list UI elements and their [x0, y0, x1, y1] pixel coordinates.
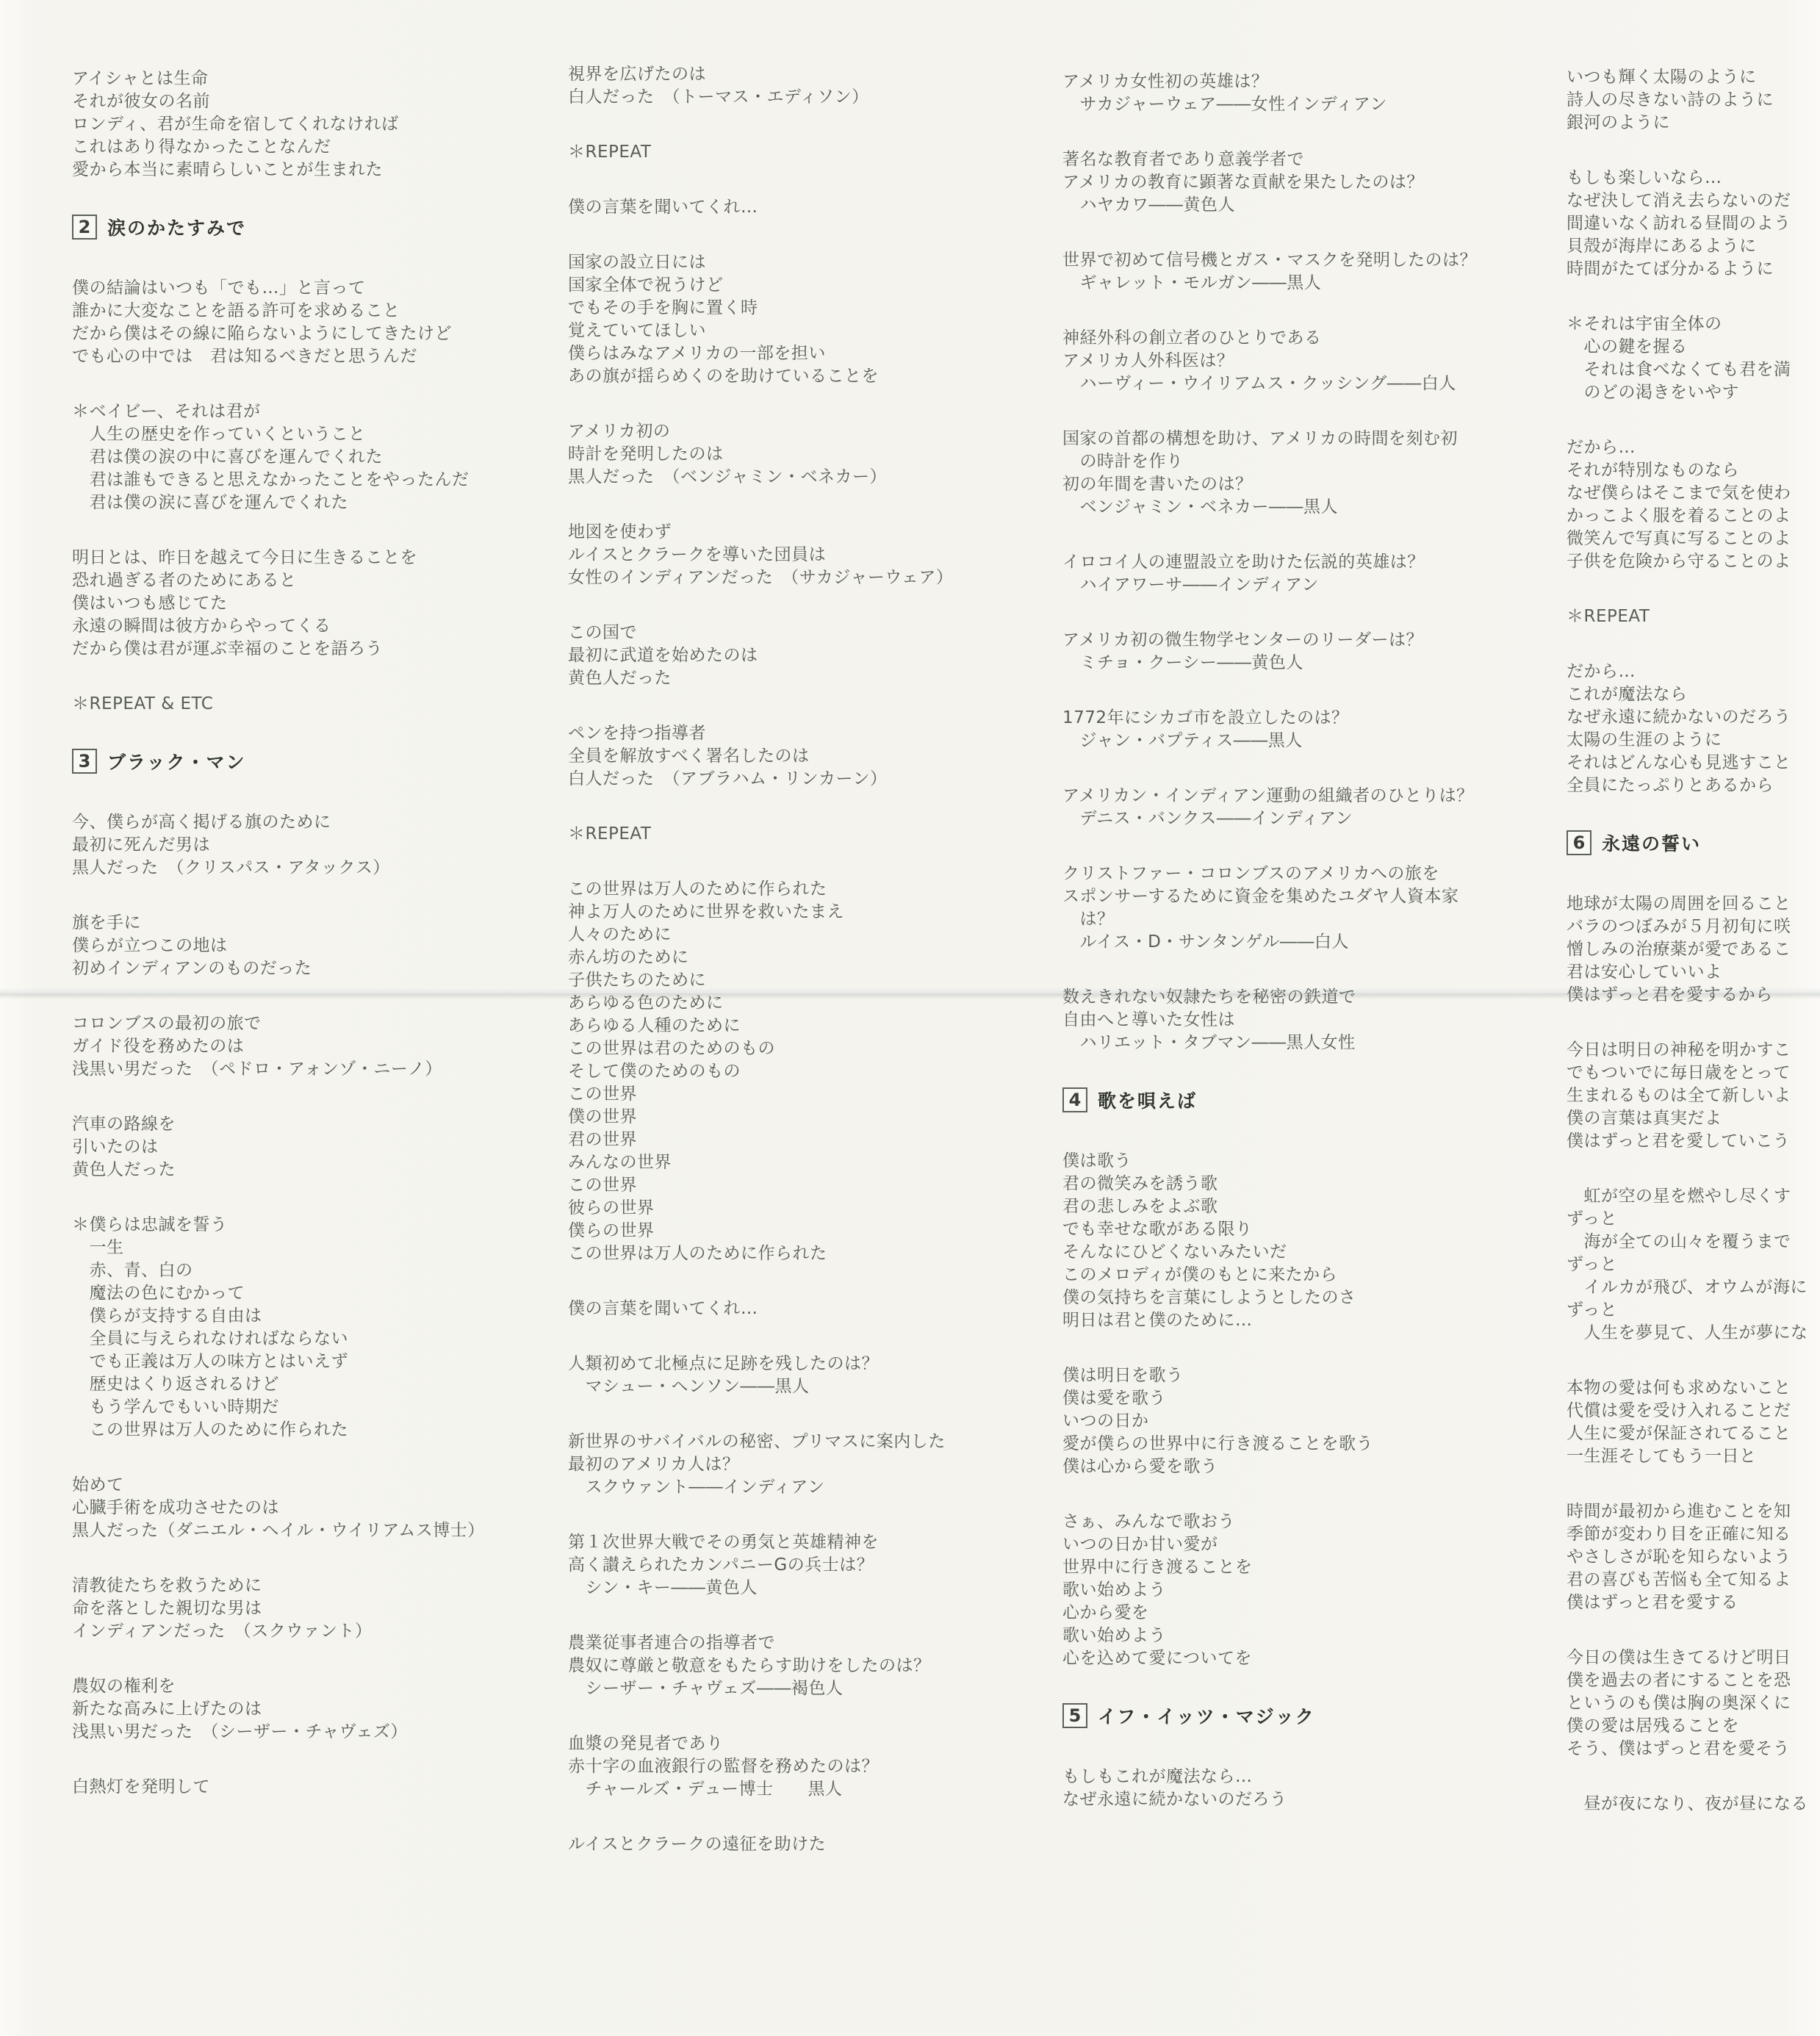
- lyric-line: 微笑んで写真に写ることのよ: [1567, 528, 1820, 550]
- lyric-line: ジャン・バプティス――黒人: [1062, 730, 1547, 752]
- lyric-line: 恐れ過ぎる者のためにあると: [72, 569, 550, 592]
- stanza: 僕は明日を歌う僕は愛を歌ういつの日か愛が僕らの世界中に行き渡ることを歌う僕は心か…: [1062, 1364, 1547, 1478]
- lyric-line: 心から愛を: [1062, 1602, 1547, 1625]
- lyric-line: スクウァント――インディアン: [568, 1476, 1053, 1499]
- lyric-line: 海が全ての山々を覆うまで: [1567, 1231, 1820, 1253]
- lyric-line: シーザー・チャヴェズ――褐色人: [568, 1677, 1053, 1700]
- stanza: 地図を使わずルイスとクラークを導いた団員は女性のインディアンだった （サカジャー…: [568, 521, 1053, 589]
- lyric-line: 君の悲しみをよぶ歌: [1062, 1195, 1547, 1218]
- lyric-line: 心を込めて愛についてを: [1062, 1647, 1547, 1670]
- stanza: 始めて心臓手術を成功させたのは黒人だった（ダニエル・ヘイル・ウイリアムス博士）: [72, 1474, 550, 1542]
- lyric-line: この世界は君のためのもの: [568, 1037, 1053, 1060]
- lyric-line: コロンブスの最初の旅で: [72, 1012, 550, 1035]
- stanza: 世界で初めて信号機とガス・マスクを発明したのは？ ギャレット・モルガン――黒人: [1062, 249, 1547, 295]
- lyric-line: 銀河のように: [1567, 112, 1820, 134]
- stanza: さぁ、みんなで歌おういつの日か甘い愛が世界中に行き渡ることを歌い始めよう心から愛…: [1062, 1511, 1547, 1670]
- lyric-line: ずっと: [1567, 1253, 1820, 1276]
- lyric-line: の時計を作り: [1062, 450, 1547, 473]
- lyric-line: 今日の僕は生きてるけど明日: [1567, 1647, 1820, 1669]
- lyric-line: 愛から本当に素晴らしいことが生まれた: [72, 159, 550, 181]
- lyric-line: ＊僕らは忠誠を誓う: [72, 1214, 550, 1237]
- lyric-line: 人々のために: [568, 924, 1053, 946]
- lyrics-sheet: アイシャとは生命それが彼女の名前ロンディ、君が生命を宿してくれなければこれはあり…: [0, 0, 1820, 2036]
- lyric-line: 黄色人だった: [568, 667, 1053, 690]
- lyric-line: でもついでに毎日歳をとって: [1567, 1062, 1820, 1084]
- lyric-line: いつの日か: [1062, 1410, 1547, 1433]
- lyric-line: 人生を夢見て、人生が夢にな: [1567, 1322, 1820, 1345]
- lyric-line: ハリエット・タブマン――黒人女性: [1062, 1032, 1547, 1054]
- lyric-line: 明日は君と僕のために…: [1062, 1309, 1547, 1332]
- lyric-line: 時計を発明したのは: [568, 443, 1053, 466]
- lyric-line: 世界中に行き渡ることを: [1062, 1556, 1547, 1579]
- stanza: 数えきれない奴隷たちを秘密の鉄道で自由へと導いた女性は ハリエット・タブマン――…: [1062, 986, 1547, 1054]
- lyric-line: 一生: [72, 1237, 550, 1259]
- lyric-line: 僕らが立つこの地は: [72, 935, 550, 957]
- lyric-line: 全員にたっぷりとあるから: [1567, 774, 1820, 797]
- lyric-line: 歌い始めよう: [1062, 1625, 1547, 1647]
- stanza: 虹が空の星を燃やし尽くすずっと 海が全ての山々を覆うまでずっと イルカが飛び、オ…: [1567, 1185, 1820, 1345]
- lyric-line: 人生に愛が保証されてること: [1567, 1422, 1820, 1445]
- stanza: ＊REPEAT & ETC: [72, 693, 550, 716]
- lyric-line: 旗を手に: [72, 912, 550, 935]
- lyric-line: それが彼女の名前: [72, 90, 550, 113]
- lyric-line: あらゆる色のために: [568, 992, 1053, 1015]
- lyric-line: 赤十字の血液銀行の監督を務めたのは？: [568, 1755, 1053, 1778]
- stanza: 汽車の路線を引いたのは黄色人だった: [72, 1113, 550, 1181]
- lyric-line: 高く讃えられたカンパニーGの兵士は？: [568, 1554, 1053, 1577]
- stanza: ＊REPEAT: [568, 141, 1053, 164]
- lyric-line: バラのつぼみが５月初旬に咲: [1567, 916, 1820, 938]
- lyric-line: 人類初めて北極点に足跡を残したのは？: [568, 1353, 1053, 1375]
- lyric-line: 神よ万人のために世界を救いたまえ: [568, 901, 1053, 924]
- stanza: 視界を広げたのは白人だった （トーマス・エディソン）: [568, 63, 1053, 109]
- stanza: ＊REPEAT: [1567, 605, 1820, 628]
- lyric-line: もう学んでもいい時期だ: [72, 1396, 550, 1419]
- stanza: いつも輝く太陽のように詩人の尽きない詩のように銀河のように: [1567, 66, 1820, 134]
- lyric-line: 新世界のサバイバルの秘密、プリマスに案内した: [568, 1431, 1053, 1453]
- lyric-line: 国家の首都の構想を助け、アメリカの時間を刻む初: [1062, 428, 1547, 450]
- lyric-line: 最初のアメリカ人は？: [568, 1453, 1053, 1476]
- lyric-line: 白熱灯を発明して: [72, 1776, 550, 1799]
- lyric-line: ずっと: [1567, 1299, 1820, 1322]
- stanza: アイシャとは生命それが彼女の名前ロンディ、君が生命を宿してくれなければこれはあり…: [72, 68, 550, 181]
- lyric-line: 地球が太陽の周囲を回ること: [1567, 893, 1820, 916]
- stanza: 農業従事者連合の指導者で農奴に尊厳と敬意をもたらす助けをしたのは？ シーザー・チ…: [568, 1632, 1053, 1700]
- lyric-line: この国で: [568, 622, 1053, 644]
- lyric-line: アメリカ初の: [568, 420, 1053, 443]
- lyric-line: 始めて: [72, 1474, 550, 1497]
- stanza: ＊ベイビー、それは君が 人生の歴史を作っていくということ 君は僕の涙の中に喜びを…: [72, 400, 550, 514]
- lyric-line: 君は僕の涙の中に喜びを運んでくれた: [72, 446, 550, 469]
- lyric-line: 命を落とした親切な男は: [72, 1597, 550, 1620]
- lyric-line: 君は誰もできると思えなかったことをやったんだ: [72, 469, 550, 492]
- lyric-line: 憎しみの治療薬が愛であるこ: [1567, 938, 1820, 961]
- lyric-line: 最初に武道を始めたのは: [568, 644, 1053, 667]
- lyric-line: 誰かに大変なことを語る許可を求めること: [72, 300, 550, 323]
- track-number-box: 6: [1567, 830, 1591, 855]
- lyric-line: 魔法の色にむかって: [72, 1282, 550, 1305]
- lyric-line: 僕は愛を歌う: [1062, 1387, 1547, 1410]
- lyric-line: これが魔法なら: [1567, 683, 1820, 706]
- lyric-line: 視界を広げたのは: [568, 63, 1053, 86]
- lyric-line: 僕はずっと君を愛していこう: [1567, 1130, 1820, 1153]
- lyric-line: 今日は明日の神秘を明かすこ: [1567, 1039, 1820, 1062]
- lyric-line: ペンを持つ指導者: [568, 722, 1053, 745]
- track-header: 5イフ・イッツ・マジック: [1062, 1702, 1547, 1729]
- lyric-line: 虹が空の星を燃やし尽くす: [1567, 1185, 1820, 1208]
- lyric-line: 黒人だった （ベンジャミン・ベネカー）: [568, 466, 1053, 489]
- lyric-line: マシュー・ヘンソン――黒人: [568, 1375, 1053, 1398]
- lyric-line: 僕の結論はいつも「でも…」と言って: [72, 277, 550, 300]
- track-number-box: 4: [1062, 1087, 1087, 1112]
- lyric-line: 僕はずっと君を愛する: [1567, 1591, 1820, 1614]
- lyric-line: 僕の世界: [568, 1106, 1053, 1129]
- stanza: 農奴の権利を新たな高みに上げたのは浅黒い男だった （シーザー・チャヴェズ）: [72, 1675, 550, 1744]
- lyric-line: 第１次世界大戦でその勇気と英雄精神を: [568, 1531, 1053, 1554]
- lyric-line: そして僕のためのもの: [568, 1060, 1053, 1083]
- lyric-line: 神経外科の創立者のひとりである: [1062, 327, 1547, 350]
- lyric-line: 本物の愛は何も求めないこと: [1567, 1377, 1820, 1400]
- lyric-line: シン・キー――黄色人: [568, 1577, 1053, 1600]
- lyric-line: ハーヴィー・ウイリアムス・クッシング――白人: [1062, 373, 1547, 395]
- lyric-line: 女性のインディアンだった （サカジャーウェア）: [568, 566, 1053, 589]
- lyric-line: 歴史はくり返されるけど: [72, 1373, 550, 1396]
- lyric-line: サカジャーウェア――女性インディアン: [1062, 93, 1547, 116]
- track-title: 永遠の誓い: [1602, 830, 1701, 856]
- lyric-line: だから…: [1567, 436, 1820, 459]
- lyric-line: これはあり得なかったことなんだ: [72, 136, 550, 159]
- stanza: 僕の言葉を聞いてくれ…: [568, 1298, 1053, 1320]
- lyric-line: 引いたのは: [72, 1136, 550, 1159]
- lyric-line: 僕の気持ちを言葉にしようとしたのさ: [1062, 1287, 1547, 1309]
- lyric-line: 詩人の尽きない詩のように: [1567, 89, 1820, 112]
- lyric-line: 赤ん坊のために: [568, 946, 1053, 969]
- lyric-line: 歌い始めよう: [1062, 1579, 1547, 1602]
- lyric-line: 著名な教育者であり意義学者で: [1062, 148, 1547, 171]
- lyric-line: 代償は愛を受け入れることだ: [1567, 1400, 1820, 1422]
- lyrics-column-1: アイシャとは生命それが彼女の名前ロンディ、君が生命を宿してくれなければこれはあり…: [72, 68, 550, 1831]
- stanza: アメリカ初の微生物学センターのリーダーは？ ミチョ・クーシー――黄色人: [1062, 629, 1547, 675]
- lyric-line: なぜ決して消え去らないのだ: [1567, 190, 1820, 212]
- track-header: 4歌を唄えば: [1062, 1087, 1547, 1113]
- lyric-line: 僕の言葉を聞いてくれ…: [568, 1298, 1053, 1320]
- lyric-line: インディアンだった （スクウァント）: [72, 1620, 550, 1643]
- track-title: イフ・イッツ・マジック: [1098, 1702, 1315, 1729]
- lyric-line: 清教徒たちを救うために: [72, 1575, 550, 1597]
- stanza: ルイスとクラークの遠征を助けた: [568, 1833, 1053, 1856]
- lyric-line: 白人だった （アブラハム・リンカーン）: [568, 768, 1053, 791]
- track-number-box: 2: [72, 215, 97, 240]
- stanza: 清教徒たちを救うために命を落とした親切な男はインディアンだった （スクウァント）: [72, 1575, 550, 1643]
- lyric-line: ずっと: [1567, 1208, 1820, 1231]
- stanza: 時間が最初から進むことを知季節が変わり目を正確に知るやさしさが恥を知らないよう君…: [1567, 1500, 1820, 1614]
- lyric-line: 貝殻が海岸にあるように: [1567, 235, 1820, 258]
- lyric-line: 僕は明日を歌う: [1062, 1364, 1547, 1387]
- lyric-line: 国家の設立日には: [568, 251, 1053, 274]
- lyric-line: は？: [1062, 908, 1547, 931]
- lyric-line: 新たな高みに上げたのは: [72, 1698, 550, 1721]
- stanza: 白熱灯を発明して: [72, 1776, 550, 1799]
- stanza: 今、僕らが高く掲げる旗のために最初に死んだ男は黒人だった （クリスパス・アタック…: [72, 811, 550, 879]
- lyric-line: なぜ永遠に続かないのだろう: [1567, 706, 1820, 729]
- lyric-line: 間違いなく訪れる昼間のよう: [1567, 212, 1820, 235]
- lyric-line: それは食べなくても君を満: [1567, 359, 1820, 381]
- lyric-line: スポンサーするために資金を集めたユダヤ人資本家: [1062, 885, 1547, 908]
- lyric-line: かっこよく服を着ることのよ: [1567, 505, 1820, 528]
- lyric-line: やさしさが恥を知らないよう: [1567, 1546, 1820, 1569]
- lyric-line: この世界は万人のために作られた: [568, 878, 1053, 901]
- lyric-line: 白人だった （トーマス・エディソン）: [568, 86, 1053, 109]
- lyric-line: 黄色人だった: [72, 1159, 550, 1181]
- lyric-line: 僕はいつも感じてた: [72, 592, 550, 615]
- lyric-line: いつも輝く太陽のように: [1567, 66, 1820, 89]
- lyric-line: ＊ベイビー、それは君が: [72, 400, 550, 423]
- lyric-line: 永遠の瞬間は彼方からやってくる: [72, 615, 550, 638]
- lyric-line: ＊REPEAT: [568, 823, 1053, 846]
- lyric-line: アイシャとは生命: [72, 68, 550, 90]
- stanza: 僕は歌う君の微笑みを誘う歌君の悲しみをよぶ歌でも幸せな歌がある限りそんなにひどく…: [1062, 1150, 1547, 1332]
- lyric-line: もしもこれが魔法なら…: [1062, 1766, 1547, 1788]
- lyric-line: 君の微笑みを誘う歌: [1062, 1173, 1547, 1195]
- track-title: ブラック・マン: [107, 748, 246, 774]
- lyric-line: アメリカ初の微生物学センターのリーダーは？: [1062, 629, 1547, 652]
- lyric-line: 数えきれない奴隷たちを秘密の鉄道で: [1062, 986, 1547, 1009]
- stanza: ＊それは宇宙全体の 心の鍵を握る それは食べなくても君を満 のどの渇きをいやす: [1567, 313, 1820, 404]
- lyric-line: 全員に与えられなければならない: [72, 1328, 550, 1350]
- lyric-line: 僕らが支持する自由は: [72, 1305, 550, 1328]
- lyric-line: 生まれるものは全て新しいよ: [1567, 1084, 1820, 1107]
- lyric-line: 彼らの世界: [568, 1197, 1053, 1220]
- lyric-line: 血漿の発見者であり: [568, 1733, 1053, 1755]
- stanza: ＊僕らは忠誠を誓う 一生 赤、青、白の 魔法の色にむかって 僕らが支持する自由は…: [72, 1214, 550, 1442]
- lyric-line: この世界: [568, 1083, 1053, 1106]
- stanza: 著名な教育者であり意義学者でアメリカの教育に顕著な貢献を果たしたのは？ ハヤカワ…: [1062, 148, 1547, 217]
- lyric-line: ルイス・D・サンタンゲル――白人: [1062, 931, 1547, 954]
- lyric-line: この世界は万人のために作られた: [72, 1419, 550, 1442]
- stanza: 明日とは、昨日を越えて今日に生きることを恐れ過ぎる者のためにあると僕はいつも感じ…: [72, 547, 550, 661]
- lyric-line: ハイアワーサ――インディアン: [1062, 574, 1547, 597]
- stanza: アメリカン・インディアン運動の組織者のひとりは？ デニス・バンクス――インディア…: [1062, 785, 1547, 830]
- stanza: 新世界のサバイバルの秘密、プリマスに案内した最初のアメリカ人は？ スクウァント―…: [568, 1431, 1053, 1499]
- lyric-line: 一生涯そしてもう一日と: [1567, 1445, 1820, 1468]
- lyric-line: アメリカ人外科医は？: [1062, 350, 1547, 373]
- stanza: 今日の僕は生きてるけど明日僕を過去の者にすることを恐というのも僕は胸の奥深くに僕…: [1567, 1647, 1820, 1760]
- lyric-line: チャールズ・デュー博士 黒人: [568, 1778, 1053, 1801]
- lyric-line: あらゆる人種のために: [568, 1015, 1053, 1037]
- lyric-line: でも幸せな歌がある限り: [1062, 1218, 1547, 1241]
- stanza: 旗を手に僕らが立つこの地は初めインディアンのものだった: [72, 912, 550, 980]
- lyric-line: 君の世界: [568, 1129, 1053, 1151]
- stanza: 国家の首都の構想を助け、アメリカの時間を刻む初 の時計を作り初の年間を書いたのは…: [1062, 428, 1547, 519]
- lyric-line: 季節が変わり目を正確に知る: [1567, 1523, 1820, 1546]
- lyric-line: そんなにひどくないみたいだ: [1062, 1241, 1547, 1264]
- lyric-line: ルイスとクラークの遠征を助けた: [568, 1833, 1053, 1856]
- lyric-line: ハヤカワ――黄色人: [1062, 194, 1547, 217]
- track-title: 涙のかたすみで: [107, 214, 246, 240]
- lyric-line: さぁ、みんなで歌おう: [1062, 1511, 1547, 1533]
- lyric-line: 明日とは、昨日を越えて今日に生きることを: [72, 547, 550, 569]
- lyric-line: 愛が僕らの世界中に行き渡ることを歌う: [1062, 1433, 1547, 1456]
- lyric-line: 君の喜びも苦悩も全て知るよ: [1567, 1569, 1820, 1591]
- stanza: クリストファー・コロンブスのアメリカへの旅をスポンサーするために資金を集めたユダ…: [1062, 863, 1547, 954]
- lyric-line: 心臓手術を成功させたのは: [72, 1497, 550, 1519]
- stanza: 人類初めて北極点に足跡を残したのは？ マシュー・ヘンソン――黒人: [568, 1353, 1053, 1398]
- track-number-box: 3: [72, 749, 97, 774]
- lyric-line: 時間がたてば分かるように: [1567, 258, 1820, 281]
- lyric-line: ルイスとクラークを導いた団員は: [568, 544, 1053, 566]
- lyric-line: 黒人だった（ダニエル・ヘイル・ウイリアムス博士）: [72, 1519, 550, 1542]
- lyric-line: いつの日か甘い愛が: [1062, 1533, 1547, 1556]
- stanza: 第１次世界大戦でその勇気と英雄精神を高く讃えられたカンパニーGの兵士は？ シン・…: [568, 1531, 1053, 1600]
- lyric-line: ロンディ、君が生命を宿してくれなければ: [72, 113, 550, 136]
- track-header: 3ブラック・マン: [72, 748, 550, 774]
- lyric-line: 1772年にシカゴ市を設立したのは？: [1062, 707, 1547, 730]
- stanza: アメリカ初の時計を発明したのは黒人だった （ベンジャミン・ベネカー）: [568, 420, 1053, 489]
- stanza: だから…それが特別なものならなぜ僕らはそこまで気を使わかっこよく服を着ることのよ…: [1567, 436, 1820, 573]
- lyric-line: なぜ永遠に続かないのだろう: [1062, 1788, 1547, 1811]
- stanza: 僕の結論はいつも「でも…」と言って誰かに大変なことを語る許可を求めることだから僕…: [72, 277, 550, 368]
- stanza: 血漿の発見者であり赤十字の血液銀行の監督を務めたのは？ チャールズ・デュー博士 …: [568, 1733, 1053, 1801]
- stanza: アメリカ女性初の英雄は？ サカジャーウェア――女性インディアン: [1062, 71, 1547, 116]
- stanza: 今日は明日の神秘を明かすこでもついでに毎日歳をとって生まれるものは全て新しいよ僕…: [1567, 1039, 1820, 1153]
- lyric-line: だから僕はその線に陥らないようにしてきたけど: [72, 323, 550, 345]
- lyric-line: 世界で初めて信号機とガス・マスクを発明したのは？: [1062, 249, 1547, 272]
- lyric-line: でもその手を胸に置く時: [568, 297, 1053, 320]
- lyric-line: 僕らの世界: [568, 1220, 1053, 1242]
- lyric-line: それが特別なものなら: [1567, 459, 1820, 482]
- stanza: 神経外科の創立者のひとりであるアメリカ人外科医は？ ハーヴィー・ウイリアムス・ク…: [1062, 327, 1547, 395]
- stanza: ＊REPEAT: [568, 823, 1053, 846]
- lyric-line: この世界は万人のために作られた: [568, 1242, 1053, 1265]
- lyric-line: アメリカ女性初の英雄は？: [1062, 71, 1547, 93]
- lyric-line: なぜ僕らはそこまで気を使わ: [1567, 482, 1820, 505]
- stanza: だから…これが魔法ならなぜ永遠に続かないのだろう太陽の生涯のようにそれはどんな心…: [1567, 661, 1820, 797]
- lyric-line: クリストファー・コロンブスのアメリカへの旅を: [1062, 863, 1547, 885]
- lyric-line: 初の年間を書いたのは？: [1062, 473, 1547, 496]
- lyric-line: 覚えていてほしい: [568, 320, 1053, 342]
- lyric-line: もしも楽しいなら…: [1567, 167, 1820, 190]
- lyric-line: 農奴に尊厳と敬意をもたらす助けをしたのは？: [568, 1655, 1053, 1677]
- stanza: 僕の言葉を聞いてくれ…: [568, 196, 1053, 219]
- lyric-line: 赤、青、白の: [72, 1259, 550, 1282]
- stanza: 国家の設立日には国家全体で祝うけどでもその手を胸に置く時覚えていてほしい僕らはみ…: [568, 251, 1053, 388]
- lyric-line: 昼が夜になり、夜が昼になる: [1567, 1793, 1820, 1816]
- lyric-line: でも正義は万人の味方とはいえず: [72, 1350, 550, 1373]
- lyric-line: ＊REPEAT: [1567, 605, 1820, 628]
- stanza: 本物の愛は何も求めないこと代償は愛を受け入れることだ人生に愛が保証されてること一…: [1567, 1377, 1820, 1468]
- lyric-line: 僕の愛は居残ることを: [1567, 1715, 1820, 1738]
- lyric-line: 自由へと導いた女性は: [1062, 1009, 1547, 1032]
- lyric-line: この世界: [568, 1174, 1053, 1197]
- lyric-line: 人生の歴史を作っていくということ: [72, 423, 550, 446]
- stanza: この世界は万人のために作られた神よ万人のために世界を救いたまえ人々のために赤ん坊…: [568, 878, 1053, 1265]
- lyric-line: 農業従事者連合の指導者で: [568, 1632, 1053, 1655]
- lyric-line: ミチョ・クーシー――黄色人: [1062, 652, 1547, 675]
- stanza: もしも楽しいなら…なぜ決して消え去らないのだ間違いなく訪れる昼間のよう貝殻が海岸…: [1567, 167, 1820, 281]
- track-header: 6永遠の誓い: [1567, 830, 1820, 856]
- lyric-line: 僕を過去の者にすることを恐: [1567, 1669, 1820, 1692]
- lyric-line: というのも僕は胸の奥深くに: [1567, 1692, 1820, 1715]
- lyric-line: そう、僕はずっと君を愛そう: [1567, 1738, 1820, 1760]
- lyric-line: 僕の言葉は真実だよ: [1567, 1107, 1820, 1130]
- lyric-line: でも心の中では 君は知るべきだと思うんだ: [72, 345, 550, 368]
- lyric-line: ギャレット・モルガン――黒人: [1062, 272, 1547, 295]
- lyric-line: アメリカン・インディアン運動の組織者のひとりは？: [1062, 785, 1547, 807]
- lyric-line: 太陽の生涯のように: [1567, 729, 1820, 752]
- stanza: イロコイ人の連盟設立を助けた伝説的英雄は？ ハイアワーサ――インディアン: [1062, 551, 1547, 597]
- lyric-line: 僕らはみなアメリカの一部を担い: [568, 342, 1053, 365]
- lyric-line: 僕の言葉を聞いてくれ…: [568, 196, 1053, 219]
- lyric-line: 子供たちのために: [568, 969, 1053, 992]
- lyric-line: ＊REPEAT & ETC: [72, 693, 550, 716]
- track-header: 2涙のかたすみで: [72, 214, 550, 240]
- stanza: 1772年にシカゴ市を設立したのは？ ジャン・バプティス――黒人: [1062, 707, 1547, 752]
- lyric-line: 最初に死んだ男は: [72, 834, 550, 857]
- lyrics-column-2: 視界を広げたのは白人だった （トーマス・エディソン）＊REPEAT僕の言葉を聞い…: [568, 63, 1053, 1888]
- lyric-line: 子供を危険から守ることのよ: [1567, 550, 1820, 573]
- lyric-line: ＊REPEAT: [568, 141, 1053, 164]
- lyric-line: 国家全体で祝うけど: [568, 274, 1053, 297]
- lyric-line: みんなの世界: [568, 1151, 1053, 1174]
- lyric-line: このメロディが僕のもとに来たから: [1062, 1264, 1547, 1287]
- lyrics-column-3: アメリカ女性初の英雄は？ サカジャーウェア――女性インディアン著名な教育者であり…: [1062, 71, 1547, 1843]
- lyric-line: 浅黒い男だった （シーザー・チャヴェズ）: [72, 1721, 550, 1744]
- lyric-line: デニス・バンクス――インディアン: [1062, 807, 1547, 830]
- track-title: 歌を唄えば: [1098, 1087, 1197, 1113]
- lyric-line: だから僕は君が運ぶ幸福のことを語ろう: [72, 638, 550, 661]
- lyric-line: 地図を使わず: [568, 521, 1053, 544]
- lyric-line: イルカが飛び、オウムが海に: [1567, 1276, 1820, 1299]
- stanza: コロンブスの最初の旅でガイド役を務めたのは浅黒い男だった （ペドロ・アォンゾ・ニ…: [72, 1012, 550, 1081]
- lyric-line: 君は安心していいよ: [1567, 961, 1820, 984]
- lyric-line: 僕は歌う: [1062, 1150, 1547, 1173]
- lyric-line: 僕は心から愛を歌う: [1062, 1456, 1547, 1478]
- lyric-line: のどの渇きをいやす: [1567, 381, 1820, 404]
- lyric-line: 心の鍵を握る: [1567, 336, 1820, 359]
- track-number-box: 5: [1062, 1703, 1087, 1728]
- lyric-line: 僕はずっと君を愛するから: [1567, 984, 1820, 1007]
- stanza: ペンを持つ指導者全員を解放すべく署名したのは白人だった （アブラハム・リンカーン…: [568, 722, 1053, 791]
- lyric-line: ベンジャミン・ベネカー――黒人: [1062, 496, 1547, 519]
- lyric-line: アメリカの教育に顕著な貢献を果たしたのは？: [1062, 171, 1547, 194]
- lyric-line: 時間が最初から進むことを知: [1567, 1500, 1820, 1523]
- lyrics-column-4: いつも輝く太陽のように詩人の尽きない詩のように銀河のようにもしも楽しいなら…なぜ…: [1567, 66, 1820, 1848]
- stanza: 昼が夜になり、夜が昼になる: [1567, 1793, 1820, 1816]
- lyric-line: ガイド役を務めたのは: [72, 1035, 550, 1058]
- lyric-line: 黒人だった （クリスパス・アタックス）: [72, 857, 550, 879]
- lyric-line: ＊それは宇宙全体の: [1567, 313, 1820, 336]
- lyric-line: だから…: [1567, 661, 1820, 683]
- lyric-line: 浅黒い男だった （ペドロ・アォンゾ・ニーノ）: [72, 1058, 550, 1081]
- lyric-line: 汽車の路線を: [72, 1113, 550, 1136]
- lyric-line: あの旗が揺らめくのを助けていることを: [568, 365, 1053, 388]
- stanza: この国で最初に武道を始めたのは黄色人だった: [568, 622, 1053, 690]
- lyric-line: 初めインディアンのものだった: [72, 957, 550, 980]
- lyric-line: イロコイ人の連盟設立を助けた伝説的英雄は？: [1062, 551, 1547, 574]
- stanza: 地球が太陽の周囲を回ることバラのつぼみが５月初旬に咲憎しみの治療薬が愛であるこ君…: [1567, 893, 1820, 1007]
- stanza: もしもこれが魔法なら…なぜ永遠に続かないのだろう: [1062, 1766, 1547, 1811]
- lyric-line: 君は僕の涙に喜びを運んでくれた: [72, 492, 550, 514]
- lyric-line: 農奴の権利を: [72, 1675, 550, 1698]
- lyric-line: 今、僕らが高く掲げる旗のために: [72, 811, 550, 834]
- lyric-line: それはどんな心も見逃すこと: [1567, 752, 1820, 774]
- lyric-line: 全員を解放すべく署名したのは: [568, 745, 1053, 768]
